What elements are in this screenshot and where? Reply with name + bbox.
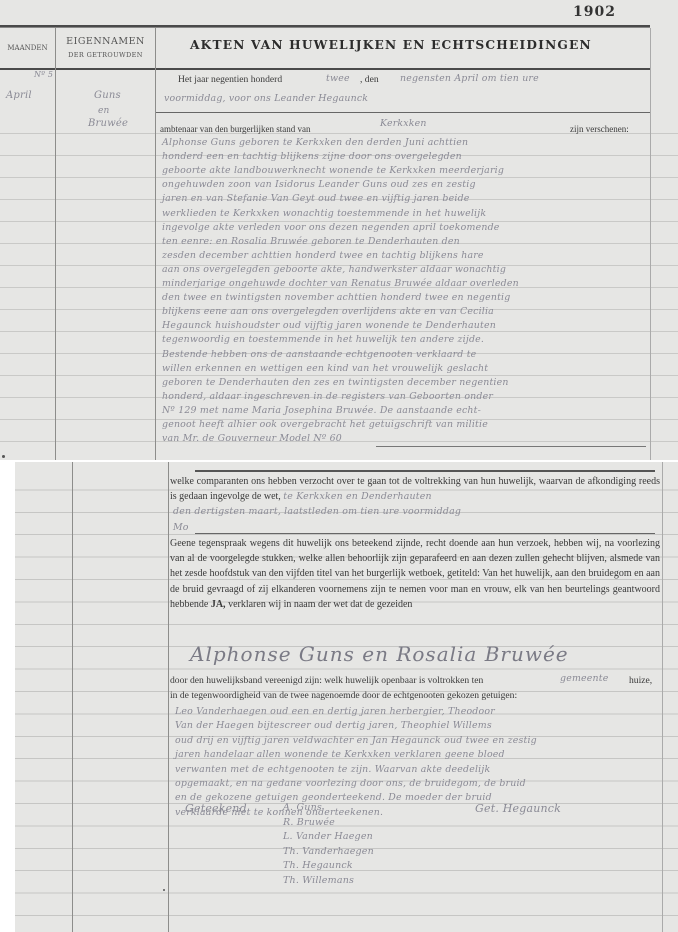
handwritten-line: Hegaunck huishoudster oud vijftig jaren … [162,320,496,331]
handwritten-line: tegenwoordig en toestemmende in het huwe… [162,334,484,345]
record-number: Nº 5 [34,70,53,79]
column-header-names: EIGENNAMEN [56,36,155,47]
scan-page-top: 1902 MAANDEN EIGENNAMEN DER GETROUWDEN A… [0,0,678,460]
groom-surname: Guns [94,90,121,101]
header-bottom-rule [0,68,650,70]
handwritten-line: Alphonse Guns geboren te Kerkxken den de… [162,137,468,148]
opening-year-hand: twee [326,73,350,84]
scan-page-bottom: welke comparanten ons hebben verzocht ov… [15,462,678,932]
record-month: April [6,90,32,101]
column-divider-months [72,462,73,932]
handwritten-line: oud drij en vijftig jaren veldwachter en… [175,735,537,746]
publication-hand-2: den dertigsten maart, laatstleden om tie… [173,506,461,517]
opening-date-hand: negensten April om tien ure [400,73,539,84]
column-header-months: MAANDEN [0,44,55,52]
signature-label: Geteekend [185,802,247,815]
publication-hand-1: te Kerkxken en Denderhauten [283,491,431,502]
handwritten-line: den twee en twintigsten november achttie… [162,292,510,303]
publication-text: welke comparanten ons hebben verzocht ov… [170,474,660,504]
opening-place-hand: Kerkxken [380,118,427,129]
handwritten-line: werklieden te Kerkxken wonachtig toestem… [162,208,486,219]
handwritten-line: willen erkennen en wettigen een kind van… [162,363,488,374]
header-top-rule-2 [0,27,650,28]
handwritten-line: geboorte akte landbouwerknecht wonende t… [162,165,504,176]
publication-end-line [195,533,655,534]
handwritten-line: Leo Vanderhaegen oud een en dertig jaren… [175,706,495,717]
handwritten-line: honderd een en tachtig blijkens zijne do… [162,151,462,162]
opening-printed-4: zijn verschenen: [570,124,629,134]
page-right-border [662,462,663,932]
handwritten-line: Th. Hegaunck [283,860,353,871]
opening-printed-2: , den [360,74,379,85]
opening-printed-1: Het jaar negentien honderd [178,74,282,85]
column-header-names-sub: DER GETROUWDEN [56,51,155,59]
declaration-printed-end: verklaren wij in naam der wet dat de gez… [228,599,412,610]
handwritten-line: ongehuwden zoon van Isidorus Leander Gun… [162,179,476,190]
opening-printed-3: ambtenaar van den burgerlijken stand van [160,124,311,134]
union-house-hand: gemeente [560,673,609,684]
column-divider-names [155,28,156,460]
handwritten-line: ten eenre: en Rosalia Bruwée geboren te … [162,236,460,247]
handwritten-line: L. Vander Haegen [283,831,373,842]
names-conjunction: en [98,106,110,116]
bride-surname: Bruwée [88,118,128,129]
handwritten-line: opgemaakt, en na gedane voorlezing door … [175,778,526,789]
handwritten-line: ingevolge akte verleden voor ons dezen n… [162,222,500,233]
handwritten-line: A. Guns [283,802,322,813]
handwritten-line: geboren te Denderhauten den zes en twint… [162,377,509,388]
handwritten-line: honderd, aldaar ingeschreven in de regis… [162,391,493,402]
handwritten-line: zesden december achttien honderd twee en… [162,250,484,261]
handwritten-line: jaren handelaar allen wonende te Kerkxke… [175,749,505,760]
handwritten-line: Van der Haegen bijtescreer oud dertig ja… [175,720,492,731]
page-title: AKTEN VAN HUWELIJKEN EN ECHTSCHEIDINGEN [190,38,592,52]
handwritten-line: verwanten met de echtgenooten te zijn. W… [175,764,490,775]
handwritten-line: van Mr. de Gouverneur Model Nº 60 [162,433,342,444]
union-printed-2: huize, [629,675,652,686]
column-divider-names [168,462,169,932]
union-printed-1: door den huwelijksband vereenigd zijn: w… [170,675,483,686]
declaration-ja: JA, [211,599,226,610]
signature-registrar: Get. Hegaunck [475,802,561,815]
page-right-border [650,28,651,460]
handwritten-line: Bestende hebben ons de aanstaande echtge… [162,349,476,360]
body-end-line [376,446,646,447]
section-divider [195,470,655,472]
handwritten-line: Th. Willemans [283,875,354,886]
union-printed-3: in de tegenwoordigheid van de twee nagen… [170,690,517,701]
publication-hand-3: Mo [173,522,189,533]
page-year: 1902 [573,4,616,20]
handwritten-line: genoot heeft alhier ook overgebracht het… [162,419,488,430]
handwritten-line: R. Bruwée [283,817,335,828]
handwritten-line: aan ons overgelegden geboorte akte, hand… [162,264,506,275]
handwritten-line: jaren en van Stefanie Van Geyt oud twee … [162,193,470,204]
handwritten-line: Th. Vanderhaegen [283,846,374,857]
handwritten-line: Nº 129 met name Maria Josephina Bruwée. … [162,405,481,416]
opening-divider [155,112,650,113]
margin-dot [163,889,165,891]
couple-names-hand: Alphonse Guns en Rosalia Bruwée [190,642,569,666]
opening-line2-hand: voormiddag, voor ons Leander Hegaunck [164,93,368,104]
handwritten-line: blijkens eene aan ons overgelegden overl… [162,306,494,317]
handwritten-line: minderjarige ongehuwde dochter van Renat… [162,278,519,289]
declaration-text: Geene tegenspraak wegens dit huwelijk on… [170,536,660,612]
column-divider-months [55,28,56,460]
margin-dot [2,455,5,458]
